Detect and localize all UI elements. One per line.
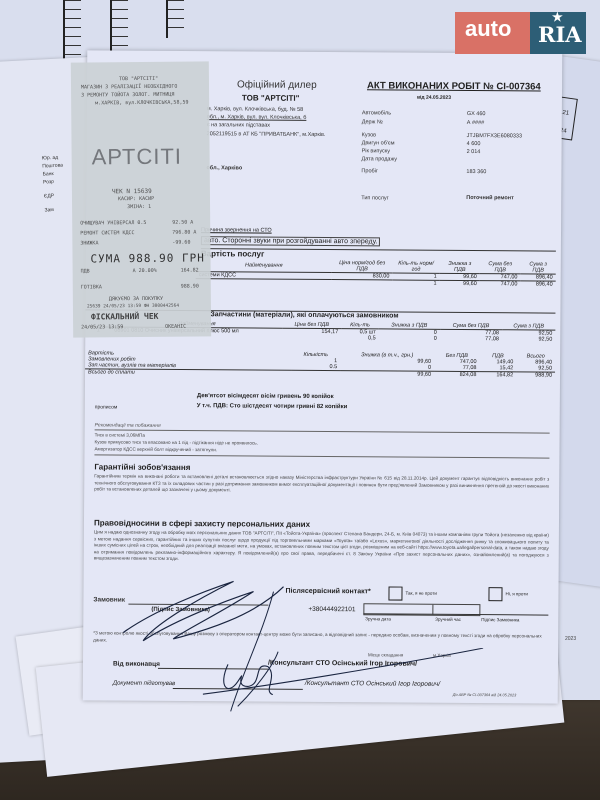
table-header-cell: Сума з ПДВ [521,261,556,274]
star-icon: ★ [552,10,563,24]
receipt-fiscal-label: ФІСКАЛЬНИЙ ЧЕК [91,312,159,322]
table-cell: 824,08 [434,371,479,378]
vehicle-label: Рік випуску [362,148,391,154]
vehicle-label: Дата продажу [362,156,397,162]
amount-in-words: Дев'ятсот вісімдесят вісім гривень 90 ко… [197,393,334,400]
contact-yes-checkbox[interactable] [388,586,402,600]
fiscal-receipt: ТОВ "АРТСІТІ" МАГАЗИН З РЕАЛІЗАЦІЇ НЕОБХ… [71,61,211,337]
call-date-label: Зручна дата [365,616,391,621]
vehicle-label: Кузов [362,132,376,138]
act-title: АКТ ВИКОНАНИХ РОБІТ № СІ-007364 [367,80,541,92]
recommendation-item: Амортизатор КДСС верхній болт відкручени… [94,446,217,453]
side-year: 2023 [565,636,576,642]
table-header-cell: Кіль-ть норм/год [392,260,439,273]
vehicle-label: Автомобіль [362,110,391,116]
service-type-label: Тип послуг [361,195,388,201]
customer-region: обл., Харківо [206,165,242,171]
address-line: 2052119515 в АТ КБ "ПРИВАТБАНК", м.Харкі… [207,131,326,138]
table-cell: 164,82 [479,372,516,379]
receipt-vat-rate: А 20.00% [133,268,157,274]
table-cell [332,280,393,287]
receipt-item-price: 92.50 А [172,220,193,226]
vehicle-vin: JTJBM7FX3E6080333 [467,133,522,139]
executor-signature [203,646,503,708]
receipt-header: МАГАЗИН З РЕАЛІЗАЦІЇ НЕОБХІДНОГО [81,84,177,91]
vehicle-mileage: 183 360 [466,169,486,175]
call-time-label: Зручний час [435,617,461,622]
dealer-name: ТОВ "АРТСІТІ" [242,93,300,102]
receipt-item: ОЧИЩУВАЧ УНІВЕРСАЛ 0.5 [80,220,146,227]
call-signature-label: Підпис Замовника [481,617,519,622]
vehicle-label: Пробіг [361,168,377,174]
receipt-payment-value: 988.90 [181,283,199,289]
background-table-lines [110,0,128,58]
amount-words-label: прописом [95,404,118,410]
services-table: Найменування Ціна норм/год без ПДВ Кіль-… [196,259,556,288]
contact-yes-label: Так, я не проти [405,591,436,596]
service-type: Поточний ремонт [466,195,514,201]
table-cell: 747,00 [480,281,521,288]
vehicle-year: 2 014 [467,149,481,155]
bg-label: Розр [43,177,64,186]
table-cell [196,279,332,286]
watermark-ria: ★ RIA [530,12,586,54]
receipt-fiscal-id: 25639 24/05/23 13:59 ФН 3000442564 [87,304,179,310]
privacy-text: Цим я надаю однозначну згоду на обробку … [94,529,549,565]
vat-in-words: У т.ч. ПДВ: Сто шістдесят чотири гривні … [197,403,348,410]
table-cell: 99,60 [440,280,480,287]
contact-no-checkbox[interactable] [488,587,502,601]
receipt-header: ТОВ "АРТСІТІ" [119,76,158,82]
address-line: м. Харків, вул. Клочківська, буд. № 58 [207,106,303,113]
receipt-total: СУМА 988.90 ГРН [90,251,204,265]
receipt-item-price: 796.80 А [172,230,196,236]
receipt-item: РЕМОНТ СИСТЕМ КДСС [80,230,134,236]
receipt-shift: ЗМІНА: 1 [127,204,151,210]
bg-label: Зам [44,205,65,214]
complaint-title: Причина звернення на СТО [201,227,272,233]
table-cell: 896,40 [520,281,555,288]
table-cell [282,335,341,341]
table-cell: 0,5 [341,335,378,341]
table-header-cell: Сума без ПДВ [480,261,521,274]
background-table-lines [166,0,184,38]
address-line: обл., м. Харків, вул. вул. Клочківська, … [207,114,307,121]
table-header-cell: Знижка з ПДВ [440,261,480,274]
receipt-check-number: ЧЕК N 15639 [112,188,152,195]
receipt-payment-label: ГОТІВКА [81,284,102,290]
receipt-item: ЗНИЖКА [80,240,98,246]
table-header-cell: Найменування [196,259,332,272]
receipt-date: 24/05/23 13:59 [81,324,123,330]
receipt-vat-value: 164.82 [181,267,199,273]
warranty-text: Гарантійним термін на виконані роботи та… [94,473,549,496]
table-cell [291,370,340,377]
table-cell: 1 [392,280,439,287]
recommendation-item: Тиск в системі 3,06МПа [95,432,145,439]
table-cell: 99,60 [340,371,434,378]
dealer-title: Офіційний дилер [237,79,317,91]
table-cell: 77,08 [440,336,502,342]
table-cell: Всього до сплати [85,369,291,377]
receipt-discount: -99.60 [172,240,190,246]
contact-no-label: Ні, я проти [505,591,527,596]
receipt-header: м.ХАРКІВ, вул.КЛОЧКІВСЬКА,58,59 [95,100,188,107]
receipt-vat-label: ПДВ [81,268,90,274]
table-cell: 92,50 [502,336,555,342]
address-line: є на загальних підставах [207,122,270,128]
watermark-auto: auto [455,12,530,54]
vehicle-plate: А #### [467,120,484,126]
table-cell: 0 [379,335,440,341]
table-header-cell: Ціна норм/год без ПДВ [332,260,393,273]
autoria-watermark: auto ★ RIA [455,12,586,54]
vehicle-model: GX 460 [467,111,486,117]
vehicle-label: Двигун об'єм [362,140,395,146]
receipt-thanks: ДЯКУЄМО ЗА ПОКУПКУ [109,296,163,302]
table-cell: 988,90 [516,372,555,379]
summary-table: Вартість Кількість Знижка (в т.ч., грн.)… [85,350,555,378]
parts-title: Запчастини (матеріали), які оплачуються … [210,311,398,319]
act-date: від 24.05.2023 [417,95,451,101]
receipt-brand: ОКЕАНІС [165,324,186,330]
complaint-text: авто. Сторонні звуки при розгойдуванні а… [201,236,381,246]
receipt-logo: АРТСІТІ [92,144,183,171]
receipt-header: З РЕМОНТУ ТОЙОТА ЗОЛОТ. МИТНИЦЯ [81,92,174,99]
recommendations-title: Рекомендації та побажання [95,422,161,428]
vehicle-engine: 4 600 [467,141,481,147]
bg-label: ЄДР [44,191,65,200]
warranty-title: Гарантійні зобов'язання [94,462,190,472]
vehicle-label: Держ № [362,119,383,125]
receipt-cashier: КАСИР: КАСИР [118,196,154,202]
privacy-title: Правовідносини в сфері захисту персональ… [94,518,310,529]
